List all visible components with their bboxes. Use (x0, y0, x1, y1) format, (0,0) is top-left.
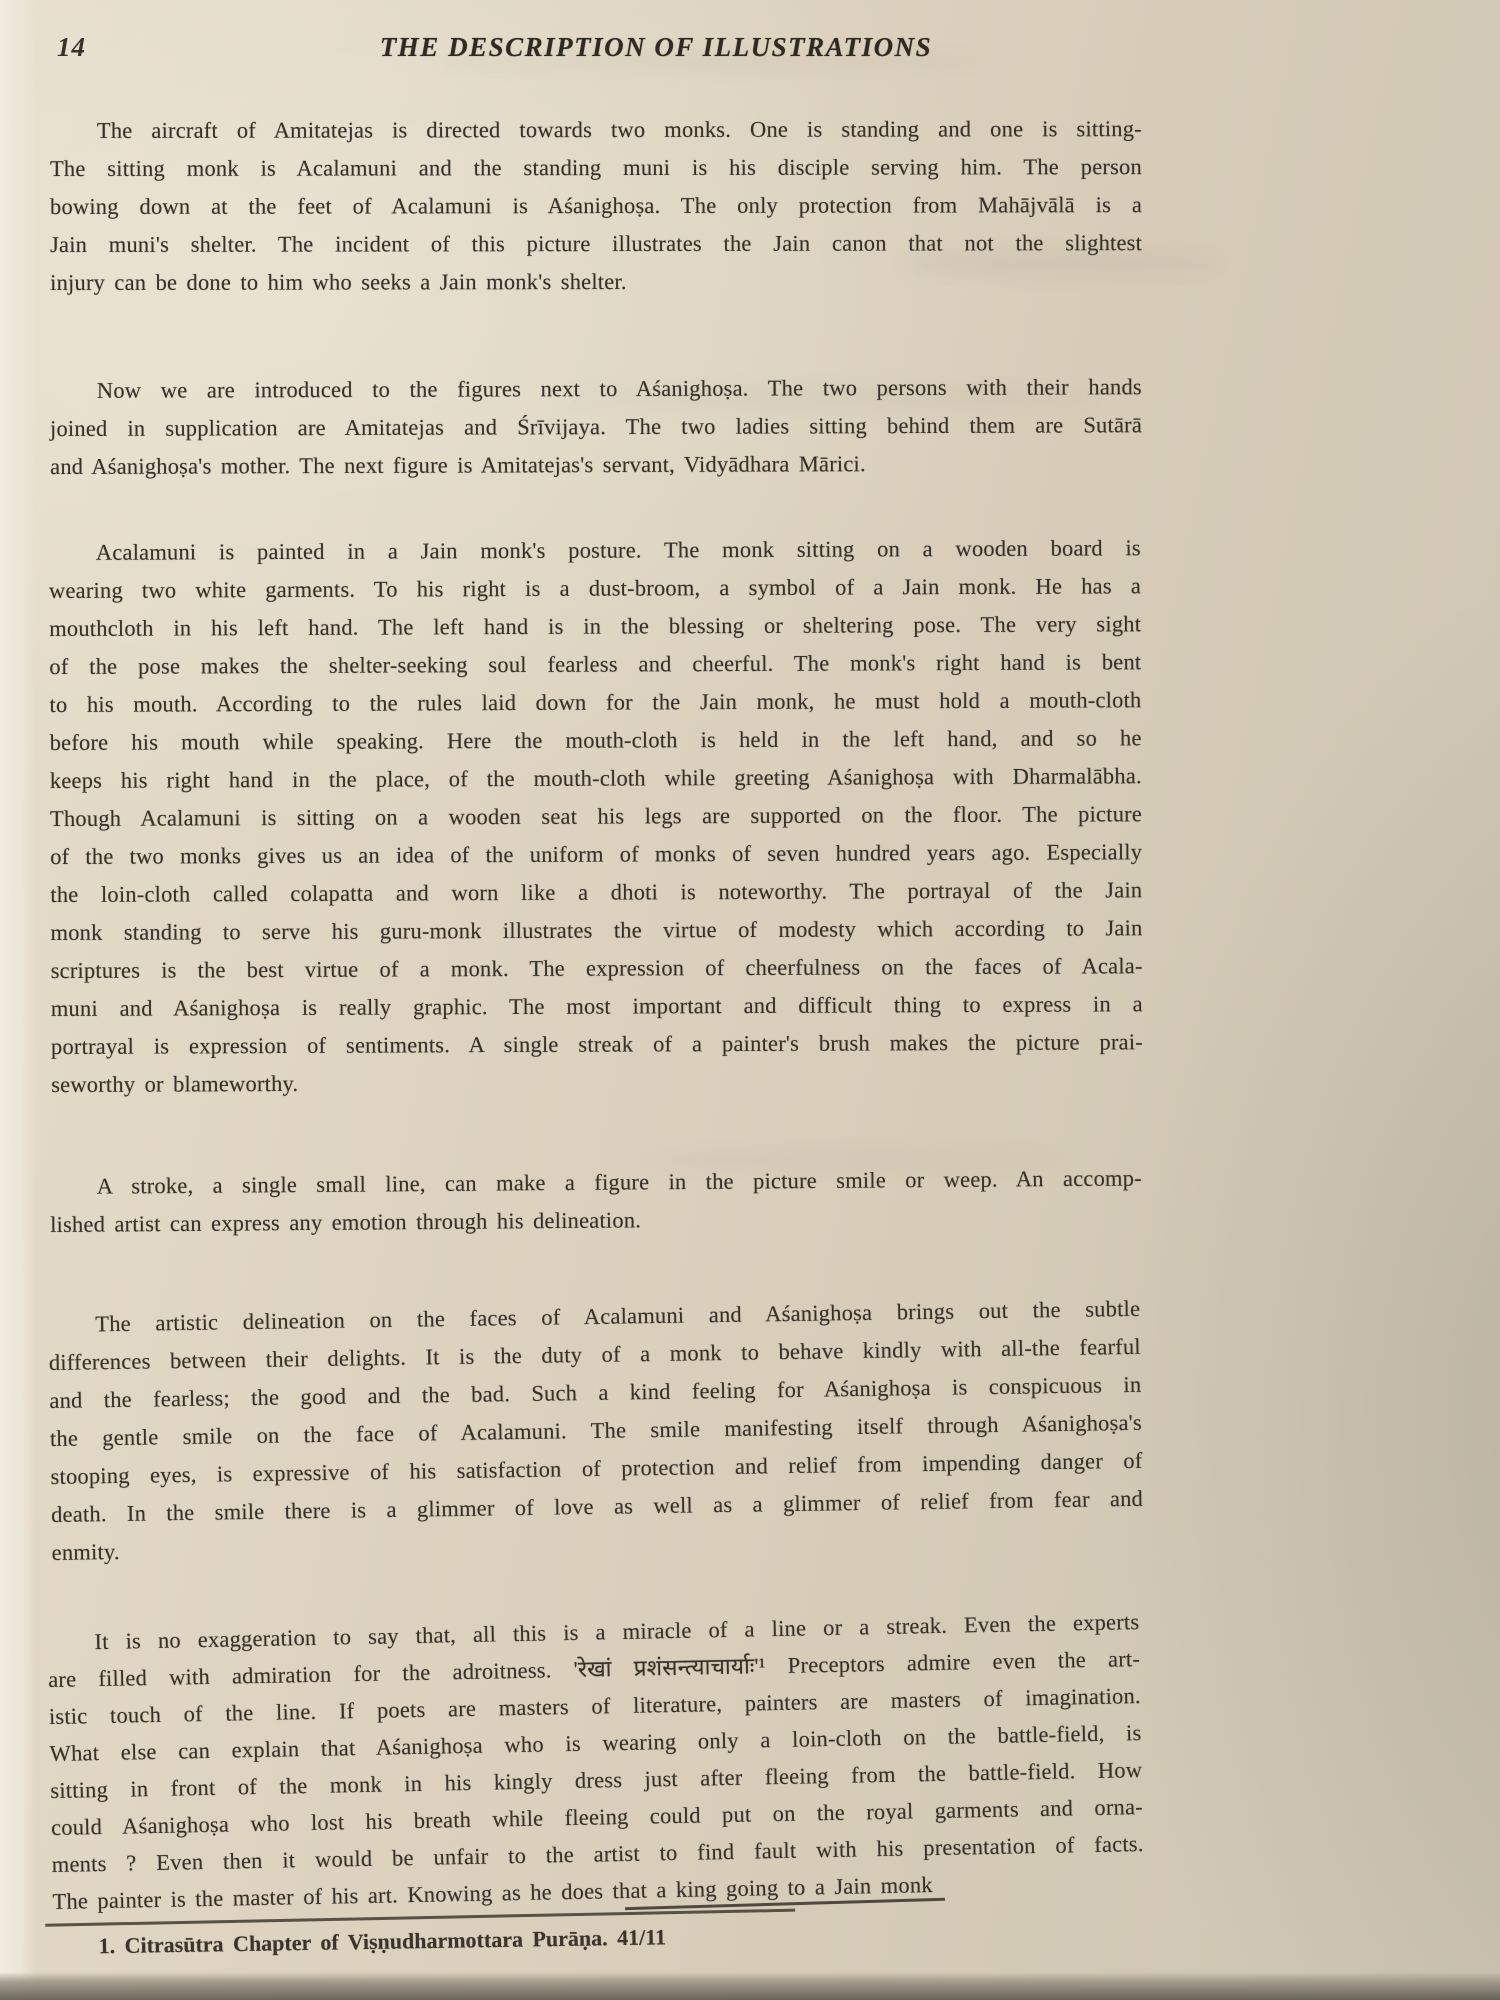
text-line: wearing two white garments. To his right… (49, 567, 1141, 610)
scan-edge-band (0, 1972, 1500, 2000)
text-line: Acalamuni is painted in a Jain monk's po… (49, 529, 1141, 572)
text-line: injury can be done to him who seeks a Ja… (50, 262, 1142, 302)
page-title: THE DESCRIPTION OF ILLUSTRATIONS (50, 32, 1202, 63)
paragraph: Acalamuni is painted in a Jain monk's po… (49, 529, 1143, 1104)
text-line: before his mouth while speaking. Here th… (50, 719, 1142, 762)
paragraph: The aircraft of Amitatejas is directed t… (50, 110, 1142, 302)
paragraph: A stroke, a single small line, can make … (50, 1159, 1143, 1244)
text-line: Now we are introduced to the figures nex… (50, 368, 1142, 410)
footnote-text: 1. Citrasūtra Chapter of Viṣṇudharmottar… (98, 1924, 666, 1959)
paragraph: The artistic delineation on the faces of… (48, 1290, 1144, 1572)
paragraph: It is no exaggeration to say that, all t… (47, 1603, 1144, 1920)
paragraph: Now we are introduced to the figures nex… (50, 368, 1142, 486)
text-line: bowing down at the feet of Acalamuni is … (50, 186, 1142, 226)
text-line: of the two monks gives us an idea of the… (50, 833, 1142, 876)
scanned-page: 14 THE DESCRIPTION OF ILLUSTRATIONS The … (0, 0, 1500, 2000)
text-line: of the pose makes the shelter-seeking so… (49, 643, 1141, 686)
text-line: Jain muni's shelter. The incident of thi… (50, 224, 1142, 264)
text-line: joined in supplication are Amitatejas an… (50, 406, 1142, 448)
text-line: keeps his right hand in the place, of th… (50, 757, 1142, 800)
text-line: mouthcloth in his left hand. The left ha… (49, 605, 1141, 648)
text-line: lished artist can express any emotion th… (50, 1197, 1142, 1244)
text-line: and Aśanighoṣa's mother. The next figure… (50, 444, 1142, 486)
text-line: the loin-cloth called colapatta and worn… (50, 871, 1142, 914)
text-line: Though Acalamuni is sitting on a wooden … (50, 795, 1142, 838)
text-line: muni and Aśanighoṣa is really graphic. T… (51, 985, 1143, 1028)
page-header: 14 THE DESCRIPTION OF ILLUSTRATIONS (0, 0, 1500, 70)
text-line: seworthy or blameworthy. (51, 1061, 1143, 1104)
text-line: portrayal is expression of sentiments. A… (51, 1023, 1143, 1066)
text-line: monk standing to serve his guru-monk ill… (50, 909, 1142, 952)
text-line: to his mouth. According to the rules lai… (49, 681, 1141, 724)
text-line: The aircraft of Amitatejas is directed t… (50, 110, 1142, 150)
body-text: The aircraft of Amitatejas is directed t… (50, 70, 1142, 1920)
text-line: The sitting monk is Acalamuni and the st… (50, 148, 1142, 188)
text-line: scriptures is the best virtue of a monk.… (51, 947, 1143, 990)
scan-gutter (0, 0, 36, 2000)
